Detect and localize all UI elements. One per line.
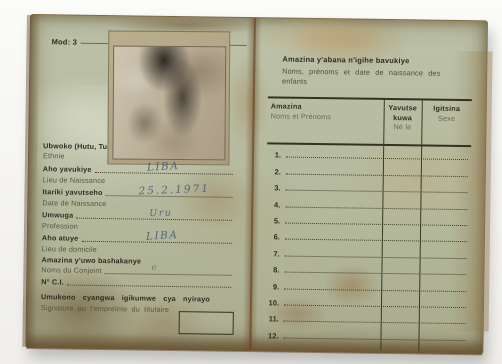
model-label: Mod: 3 [52, 37, 77, 46]
dotted-line [67, 285, 231, 288]
field-sublabel-conjoint: Noms du Conjoint [41, 265, 101, 275]
row-number: 6. [266, 233, 280, 243]
row-dotted-line [284, 272, 466, 276]
field-label-umwuga: Umwuga [42, 210, 73, 219]
row-dotted-line [286, 157, 468, 161]
portrait-photo [112, 46, 226, 161]
field-sublabel-domicile: Lieu de domicile [42, 244, 97, 254]
photo-mount [107, 31, 230, 166]
identity-booklet: Mod: 3 Ubwoko (Hutu, Tu Ethnie Aho yavuk… [25, 14, 488, 354]
row-number: 5. [266, 216, 280, 226]
field-label-umukono: Umukono cyangwa igikumwe cya nyirayo [41, 292, 210, 303]
column-sublabel: Noms et Prénoms [271, 111, 381, 122]
row-number: 3. [267, 183, 281, 193]
children-section-subtitle-2: enfants [282, 77, 307, 86]
stain [225, 54, 270, 151]
field-sublabel-signature: Signature ou l'empreinte du titulaire [41, 303, 169, 314]
children-table: Amazina Noms et Prénoms Yavutse kuwa Né … [264, 96, 471, 347]
table-row: 12. [264, 325, 468, 344]
field-label-itariki: Itariki yavutseho [42, 187, 102, 197]
row-number: 8. [265, 265, 279, 275]
handwritten-profession: Uru [149, 207, 173, 219]
field-sublabel-lieu-naissance: Lieu de Naissance [43, 175, 106, 185]
row-number: 10. [265, 298, 279, 308]
row-dotted-line [284, 288, 466, 292]
row-number: 1. [267, 151, 281, 161]
column-header-sex: Igitsina Sexe [421, 101, 472, 145]
column-label: Igitsina [425, 104, 469, 114]
field-label-ubwoko: Ubwoko (Hutu, Tu [43, 141, 107, 151]
handwritten-spouse-mark: e [151, 262, 159, 273]
row-dotted-line [284, 321, 466, 325]
table-rows: 1. 2. 3. 4. 5. 6. 7. 8. 9. 10. 11. 12. [264, 144, 471, 344]
table-header: Amazina Noms et Prénoms Yavutse kuwa Né … [267, 99, 472, 145]
stain [22, 15, 41, 347]
field-sublabel-profession: Profession [42, 221, 78, 231]
column-sublabel: Né le [386, 122, 418, 132]
row-number: 12. [264, 331, 278, 341]
row-dotted-line [284, 304, 466, 308]
field-label-aho-yavukiye: Aho yavukiye [43, 164, 92, 174]
column-sublabel: Sexe [425, 113, 469, 123]
stain [258, 14, 389, 60]
row-number: 9. [265, 282, 279, 292]
row-dotted-line [285, 223, 467, 227]
field-sublabel-ethnie: Ethnie [43, 151, 65, 160]
row-dotted-line [286, 173, 468, 177]
field-label-conjoint: Amazina y'uwo bashakanye [42, 255, 142, 265]
row-number: 2. [267, 167, 281, 177]
field-sublabel-date-naissance: Date de Naissance [42, 198, 106, 208]
column-header-names: Amazina Noms et Prénoms [267, 99, 384, 144]
row-number: 7. [266, 249, 280, 259]
row-dotted-line [285, 206, 467, 210]
row-dotted-line [283, 337, 465, 341]
row-number: 4. [266, 200, 280, 210]
row-dotted-line [285, 255, 467, 259]
field-label-aho-atuye: Aho atuye [42, 233, 79, 243]
row-dotted-line [285, 239, 467, 243]
handwritten-birthplace: LIBA [147, 160, 180, 174]
photo-scan-background: Mod: 3 Ubwoko (Hutu, Tu Ethnie Aho yavuk… [0, 0, 502, 364]
row-dotted-line [286, 190, 468, 194]
column-label: Yavutse kuwa [387, 103, 419, 123]
handwritten-residence: LIBA [146, 229, 179, 243]
children-section-title: Amazina y'abana n'igihe bavukiye [282, 55, 409, 66]
signature-box [179, 311, 234, 335]
column-header-birthdate: Yavutse kuwa Né le [383, 101, 422, 145]
field-label-numero-ci: N° C.I. [41, 277, 64, 286]
dotted-line [105, 273, 232, 276]
fold-crease [242, 18, 262, 350]
row-number: 11. [265, 315, 279, 325]
